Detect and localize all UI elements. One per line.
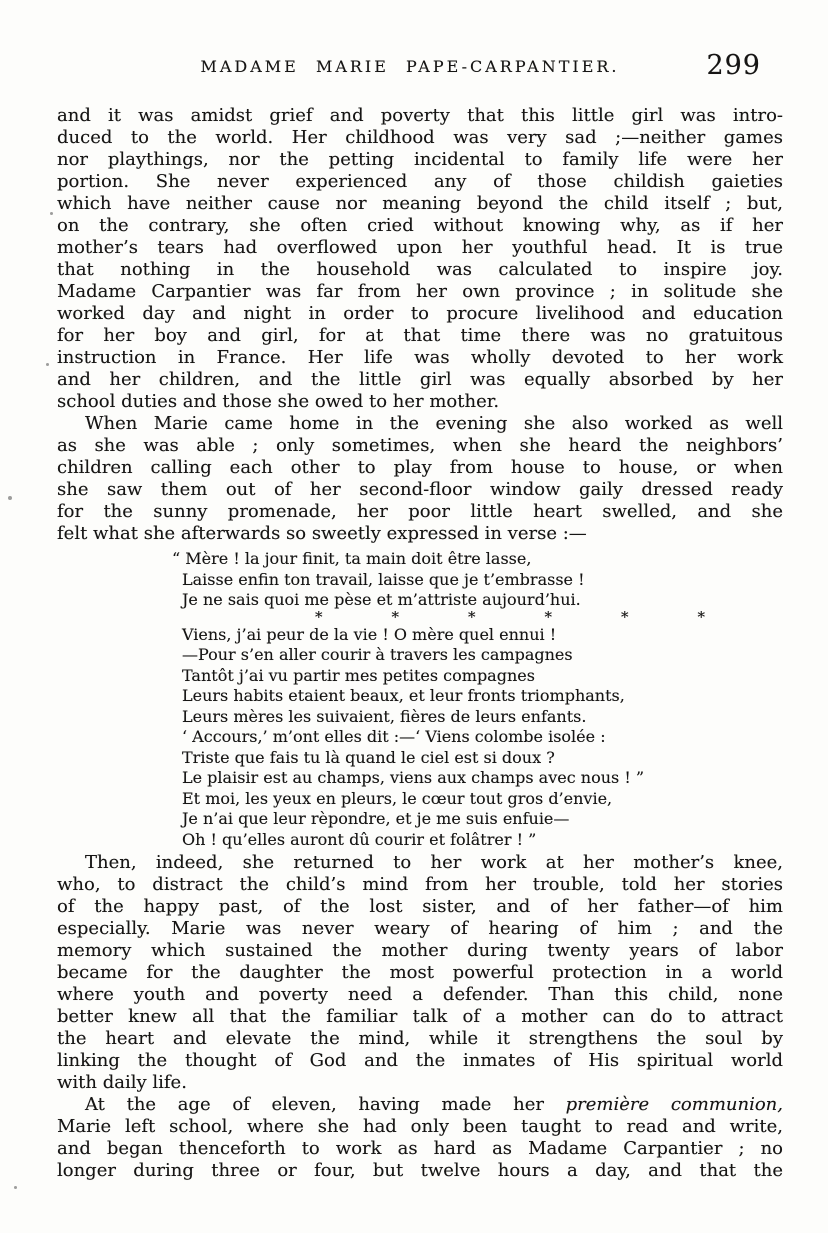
asterisk-separator: * * * * * * [315, 611, 705, 625]
asterisk: * [392, 611, 400, 625]
paragraph-4: At the age of eleven, having made her pr… [57, 1094, 783, 1182]
text-line: the heart and elevate the mind, while it… [57, 1028, 783, 1050]
text-line: When Marie came home in the evening she … [57, 413, 783, 435]
asterisk: * [621, 611, 629, 625]
text-line: Le plaisir est au champs, viens aux cham… [182, 768, 783, 789]
book-page: MADAME MARIE PAPE-CARPANTIER. 299 and it… [0, 0, 828, 1233]
text-line: school duties and those she owed to her … [57, 391, 783, 413]
page-header: MADAME MARIE PAPE-CARPANTIER. 299 [57, 52, 783, 82]
asterisk: * [468, 611, 476, 625]
text-line: children calling each other to play from… [57, 457, 783, 479]
text-line: for the sunny promenade, her poor little… [57, 501, 783, 523]
text-line: portion. She never experienced any of th… [57, 171, 783, 193]
verse-stanza-1: “ Mère ! la jour finit, ta main doit êtr… [172, 549, 783, 611]
text-line: better knew all that the familiar talk o… [57, 1006, 783, 1028]
text-line: instruction in France. Her life was whol… [57, 347, 783, 369]
text-line: that nothing in the household was calcul… [57, 259, 783, 281]
text-line: of the happy past, of the lost sister, a… [57, 896, 783, 918]
text-line: on the contrary, she often cried without… [57, 215, 783, 237]
text-line: who, to distract the child’s mind from h… [57, 874, 783, 896]
text-line: longer during three or four, but twelve … [57, 1160, 783, 1182]
paragraph-2: When Marie came home in the evening she … [57, 413, 783, 545]
text-line: worked day and night in order to procure… [57, 303, 783, 325]
page-content: MADAME MARIE PAPE-CARPANTIER. 299 and it… [57, 52, 783, 1182]
text-line: Marie left school, where she had only be… [57, 1116, 783, 1138]
text-line: Laisse enfin ton travail, laisse que je … [182, 570, 783, 591]
text-line: became for the daughter the most powerfu… [57, 962, 783, 984]
text-line: Viens, j’ai peur de la vie ! O mère quel… [182, 625, 783, 646]
text-line: and it was amidst grief and poverty that… [57, 105, 783, 127]
text-line: mother’s tears had overflowed upon her y… [57, 237, 783, 259]
text-line: and began thenceforth to work as hard as… [57, 1138, 783, 1160]
page-number: 299 [706, 50, 761, 81]
text-line: Then, indeed, she returned to her work a… [57, 852, 783, 874]
scan-speck [8, 496, 12, 500]
scan-speck [14, 1186, 17, 1189]
asterisk: * [545, 611, 553, 625]
asterisk: * [698, 611, 706, 625]
text-line: with daily life. [57, 1072, 783, 1094]
text-line: as she was able ; only sometimes, when s… [57, 435, 783, 457]
paragraph-3: Then, indeed, she returned to her work a… [57, 852, 783, 1094]
text-line: ‘ Accours,’ m’ont elles dit :—‘ Viens co… [182, 727, 783, 748]
text-line: Je n’ai que leur rèpondre, et je me suis… [182, 809, 783, 830]
text-line: Madame Carpantier was far from her own p… [57, 281, 783, 303]
text-line: especially. Marie was never weary of hea… [57, 918, 783, 940]
text-line: Leurs mères les suivaient, fières de leu… [182, 707, 783, 728]
text-line: duced to the world. Her childhood was ve… [57, 127, 783, 149]
text-line: Oh ! qu’elles auront dû courir et folâtr… [182, 830, 783, 851]
text-line: Et moi, les yeux en pleurs, le cœur tout… [182, 789, 783, 810]
text-line: At the age of eleven, having made her pr… [57, 1094, 783, 1116]
text-line: where youth and poverty need a defender.… [57, 984, 783, 1006]
text-segment: At the age of eleven, having made her [85, 1094, 566, 1115]
text-line: Leurs habits etaient beaux, et leur fron… [182, 686, 783, 707]
text-line: and her children, and the little girl wa… [57, 369, 783, 391]
text-line: Triste que fais tu là quand le ciel est … [182, 748, 783, 769]
text-line: —Pour s’en aller courir à travers les ca… [182, 645, 783, 666]
text-line: felt what she afterwards so sweetly expr… [57, 523, 783, 545]
text-line: nor playthings, nor the petting incident… [57, 149, 783, 171]
body-text: and it was amidst grief and poverty that… [57, 105, 783, 1182]
verse-stanza-2: Viens, j’ai peur de la vie ! O mère quel… [172, 625, 783, 851]
scan-speck [50, 212, 53, 215]
text-line: for her boy and girl, for at that time t… [57, 325, 783, 347]
text-line: Je ne sais quoi me pèse et m’attriste au… [182, 590, 783, 611]
verse-block: “ Mère ! la jour finit, ta main doit êtr… [172, 549, 783, 850]
text-line: linking the thought of God and the inmat… [57, 1050, 783, 1072]
running-title: MADAME MARIE PAPE-CARPANTIER. [57, 52, 783, 76]
asterisk: * [315, 611, 323, 625]
text-line: memory which sustained the mother during… [57, 940, 783, 962]
text-line: which have neither cause nor meaning bey… [57, 193, 783, 215]
text-line: she saw them out of her second-floor win… [57, 479, 783, 501]
text-line: Tantôt j’ai vu partir mes petites compag… [182, 666, 783, 687]
text-line: “ Mère ! la jour finit, ta main doit êtr… [182, 549, 783, 570]
italic-text-segment: première communion, [566, 1094, 783, 1115]
scan-speck [46, 363, 49, 366]
paragraph-1: and it was amidst grief and poverty that… [57, 105, 783, 413]
